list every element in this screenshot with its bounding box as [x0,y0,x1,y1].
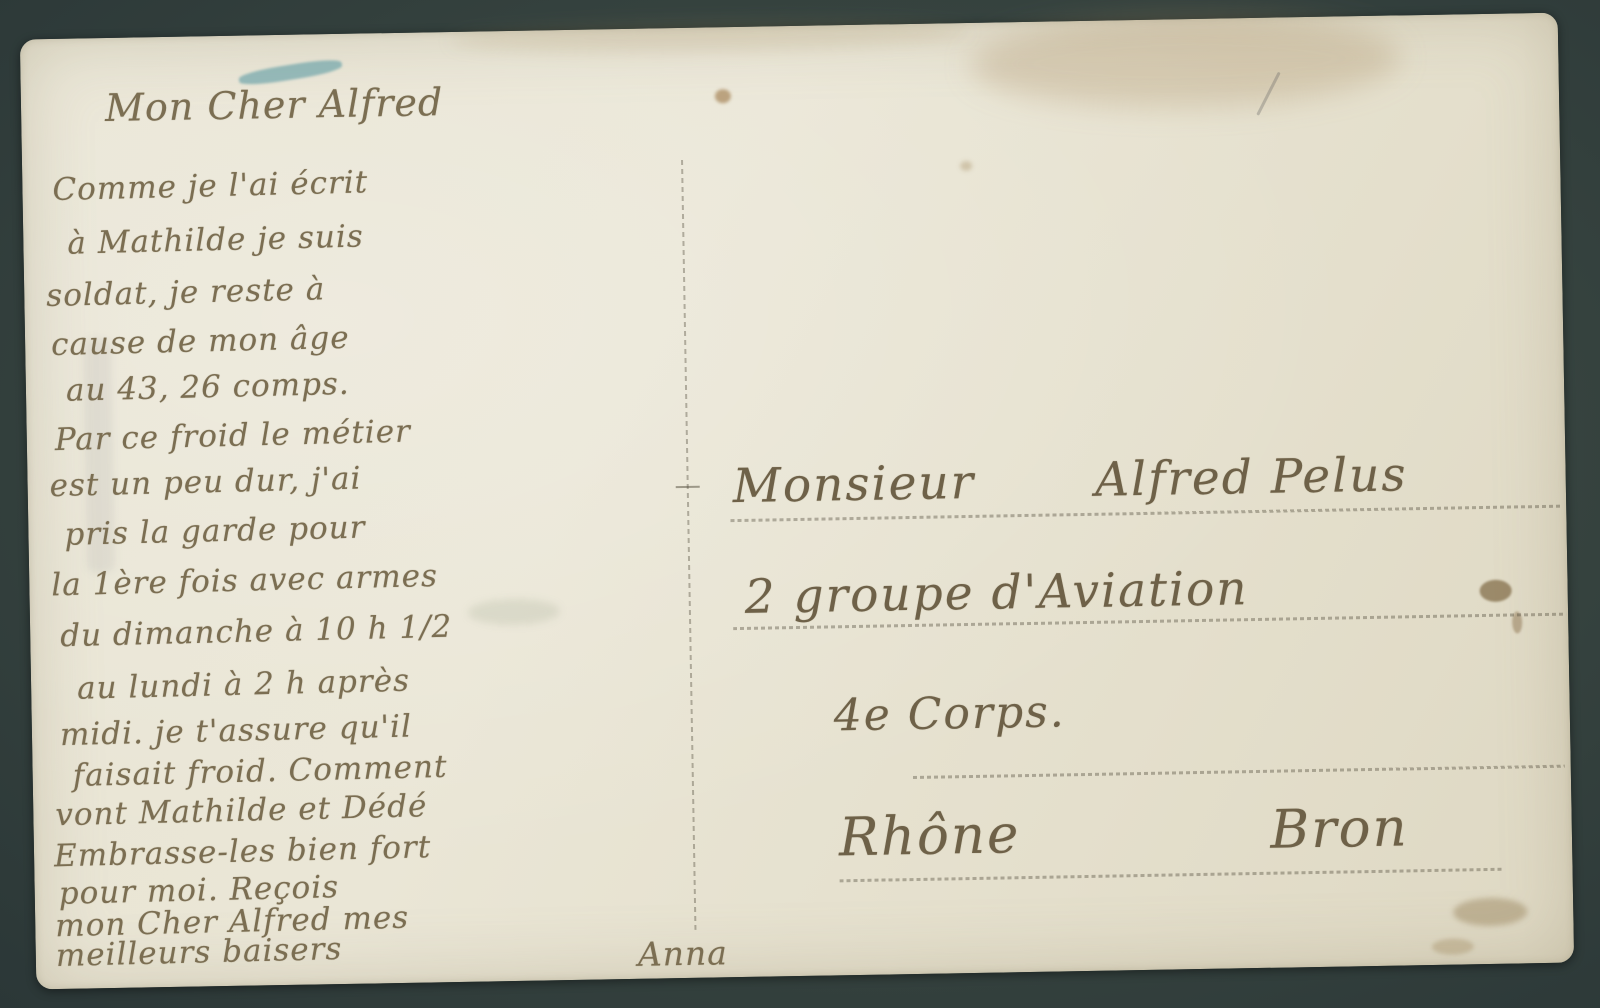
printed-dotted-line [913,765,1565,779]
divider-dotted-line [681,158,696,930]
message-line: la 1ère fois avec armes [51,558,438,603]
message-line: au lundi à 2 h après [77,663,411,707]
stain [468,598,560,626]
message-line: au 43, 26 comps. [66,366,351,409]
address-city: Bron [1270,797,1409,860]
divider-tick [676,486,700,488]
stain [1432,938,1474,955]
message-line: du dimanche à 10 h 1/2 [60,609,453,655]
message-signature: Anna [638,933,729,974]
spacer [975,496,1095,498]
postcard-photo: Mon Cher Alfred Comme je l'ai écrit à Ma… [0,0,1600,1008]
message-line: vont Mathilde et Dédé [55,788,428,833]
message-line: Par ce froid le métier [54,413,411,458]
message-line: faisait froid. Comment [72,749,448,794]
address-department: Rhône [838,804,1020,868]
address-line-recipient: MonsieurAlfred Pelus [732,447,1408,514]
toning-stain [450,17,970,56]
message-line: pris la garde pour [64,509,366,552]
message-line: midi. je t'assure qu'il [60,709,413,754]
postcard: Mon Cher Alfred Comme je l'ai écrit à Ma… [20,13,1574,990]
address-line-unit: 2 groupe d'Aviation [744,561,1249,625]
message-line: cause de mon âge [51,320,350,363]
toning-stain [970,11,1402,110]
ink-blot [1479,580,1511,603]
message-line: à Mathilde je suis [67,218,364,261]
address-honorific: Monsieur [732,455,975,514]
pencil-mark [1256,72,1280,116]
foxing-spot [715,89,731,103]
message-salutation: Mon Cher Alfred [105,80,444,130]
stain [1453,897,1527,926]
address-line-place: RhôneBron [838,797,1409,868]
message-line: Comme je l'ai écrit [52,164,369,208]
foxing-spot [960,161,972,171]
printed-dotted-line [840,868,1502,883]
spacer [1021,848,1271,852]
message-line: meilleurs baisers [55,931,342,974]
address-line-corps: 4e Corps. [833,686,1066,741]
address-name: Alfred Pelus [1095,447,1408,507]
message-line: Embrasse-les bien fort [54,829,432,874]
message-line: est un peu dur, j'ai [49,461,362,505]
message-line: soldat, je reste à [46,271,326,314]
